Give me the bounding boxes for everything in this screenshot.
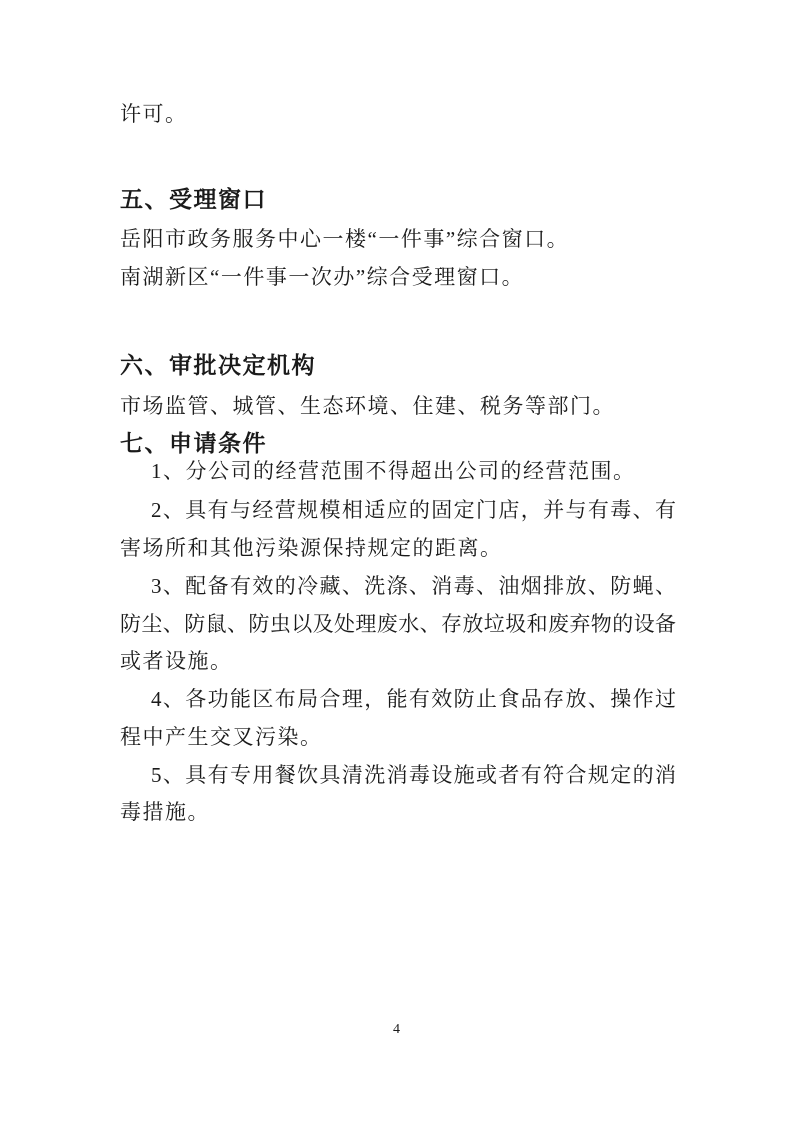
condition-item-5-line-1: 5、具有专用餐饮具清洗消毒设施或者有符合规定的消 — [120, 761, 676, 789]
section-6-paragraph-1: 市场监管、城管、生态环境、住建、税务等部门。 — [120, 392, 676, 420]
section-5-paragraph-1: 岳阳市政务服务中心一楼“一件事”综合窗口。 — [120, 225, 676, 253]
condition-item-4-line-2: 程中产生交叉污染。 — [120, 723, 676, 751]
continuation-paragraph: 许可。 — [120, 100, 676, 128]
condition-item-3-line-2: 防尘、防鼠、防虫以及处理废水、存放垃圾和废弃物的设备 — [120, 610, 676, 638]
section-5-paragraph-2: 南湖新区“一件事一次办”综合受理窗口。 — [120, 263, 676, 291]
condition-item-1-line-1: 1、分公司的经营范围不得超出公司的经营范围。 — [120, 457, 676, 485]
section-5-heading: 五、受理窗口 — [120, 185, 676, 215]
section-6-heading: 六、审批决定机构 — [120, 351, 676, 381]
condition-item-2-line-2: 害场所和其他污染源保持规定的距离。 — [120, 534, 676, 562]
section-7-heading: 七、申请条件 — [120, 429, 676, 459]
page-number: 4 — [0, 1020, 793, 1040]
condition-item-4-line-1: 4、各功能区布局合理，能有效防止食品存放、操作过 — [120, 685, 676, 713]
condition-item-5-line-2: 毒措施。 — [120, 798, 676, 826]
condition-item-3-line-3: 或者设施。 — [120, 647, 676, 675]
condition-item-3-line-1: 3、配备有效的冷藏、洗涤、消毒、油烟排放、防蝇、 — [120, 572, 676, 600]
condition-item-2-line-1: 2、具有与经营规模相适应的固定门店，并与有毒、有 — [120, 496, 676, 524]
document-page: 许可。 五、受理窗口 岳阳市政务服务中心一楼“一件事”综合窗口。 南湖新区“一件… — [0, 0, 793, 1122]
